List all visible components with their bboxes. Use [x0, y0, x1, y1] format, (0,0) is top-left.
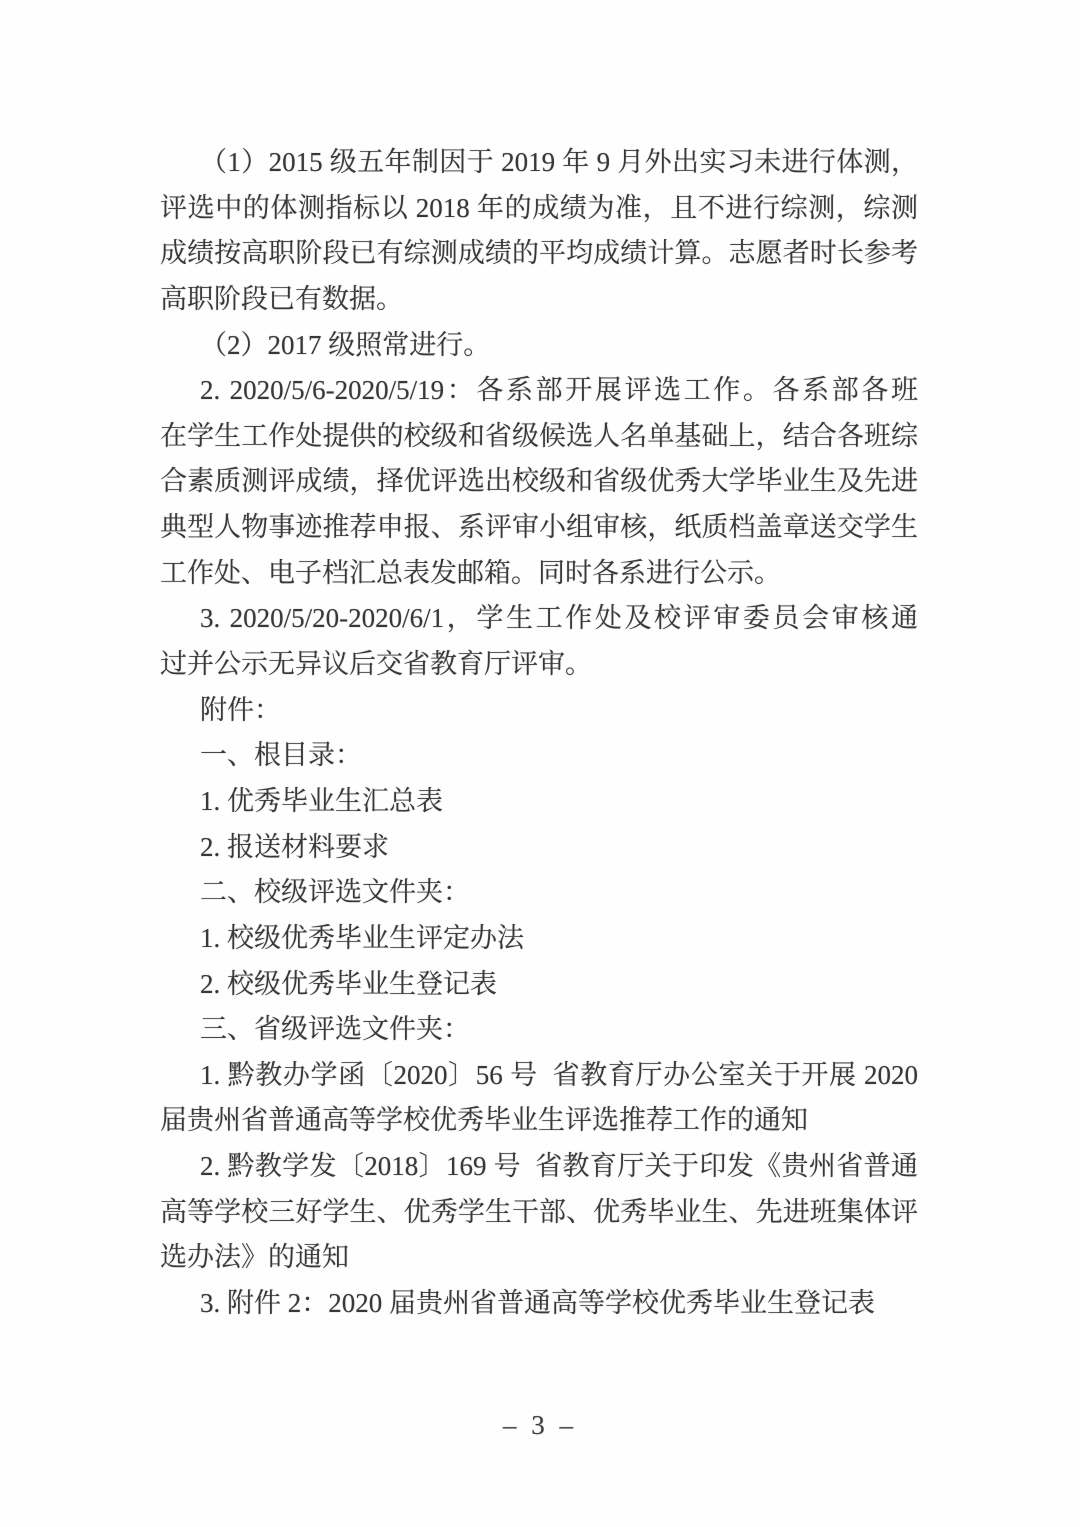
- text-line: 过并公示无异议后交省教育厅评审。: [160, 642, 918, 688]
- text-line: 2. 校级优秀毕业生登记表: [160, 962, 918, 1008]
- text-line: 2. 2020/5/6-2020/5/19：各系部开展评选工作。各系部各班: [160, 368, 918, 414]
- text-line: 选办法》的通知: [160, 1235, 918, 1281]
- text-line: 3. 附件 2：2020 届贵州省普通高等学校优秀毕业生登记表: [160, 1281, 918, 1327]
- text-line: 3. 2020/5/20-2020/6/1，学生工作处及校评审委员会审核通: [160, 596, 918, 642]
- page-number: – 3 –: [0, 1410, 1080, 1440]
- text-line: 一、根目录：: [160, 733, 918, 779]
- document-page: （1）2015 级五年制因于 2019 年 9 月外出实习未进行体测，评选中的体…: [0, 0, 1080, 1527]
- text-line: 1. 优秀毕业生汇总表: [160, 779, 918, 825]
- text-line: 高等学校三好学生、优秀学生干部、优秀毕业生、先进班集体评: [160, 1190, 918, 1236]
- text-line: 1. 校级优秀毕业生评定办法: [160, 916, 918, 962]
- text-line: 届贵州省普通高等学校优秀毕业生评选推荐工作的通知: [160, 1098, 918, 1144]
- text-line: 评选中的体测指标以 2018 年的成绩为准，且不进行综测，综测: [160, 186, 918, 232]
- text-line: 1. 黔教办学函〔2020〕56 号 省教育厅办公室关于开展 2020: [160, 1053, 918, 1099]
- text-line: 2. 报送材料要求: [160, 825, 918, 871]
- text-line: 三、省级评选文件夹：: [160, 1007, 918, 1053]
- text-line: （2）2017 级照常进行。: [160, 323, 918, 369]
- text-line: 工作处、电子档汇总表发邮箱。同时各系进行公示。: [160, 551, 918, 597]
- text-line: 合素质测评成绩，择优评选出校级和省级优秀大学毕业生及先进: [160, 459, 918, 505]
- text-line: （1）2015 级五年制因于 2019 年 9 月外出实习未进行体测，: [160, 140, 918, 186]
- text-line: 附件：: [160, 688, 918, 734]
- text-line: 典型人物事迹推荐申报、系评审小组审核，纸质档盖章送交学生: [160, 505, 918, 551]
- text-line: 高职阶段已有数据。: [160, 277, 918, 323]
- text-line: 二、校级评选文件夹：: [160, 870, 918, 916]
- document-body: （1）2015 级五年制因于 2019 年 9 月外出实习未进行体测，评选中的体…: [160, 140, 918, 1327]
- text-line: 2. 黔教学发〔2018〕169 号 省教育厅关于印发《贵州省普通: [160, 1144, 918, 1190]
- text-line: 在学生工作处提供的校级和省级候选人名单基础上，结合各班综: [160, 414, 918, 460]
- text-line: 成绩按高职阶段已有综测成绩的平均成绩计算。志愿者时长参考: [160, 231, 918, 277]
